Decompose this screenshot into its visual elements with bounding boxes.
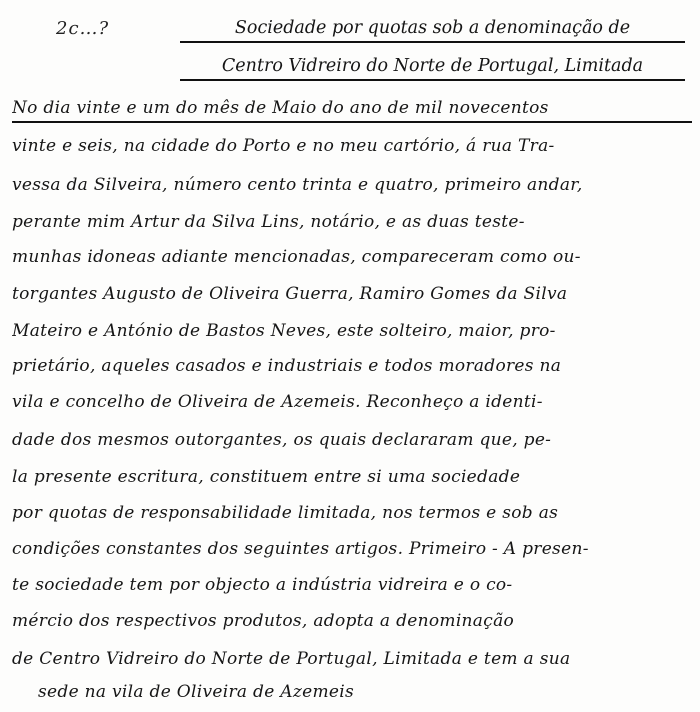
body-line-11: la presente escritura, constituem entre … (12, 467, 692, 487)
underlined-date-fragment: vinte e seis, (12, 136, 118, 156)
body-line-17: sede na vila de Oliveira de Azemeis (38, 682, 700, 702)
reference-mark: 2c…? (56, 18, 109, 39)
body-line-4: perante mim Artur da Silva Lins, notário… (12, 212, 692, 232)
body-line-9: vila e concelho de Oliveira de Azemeis. … (12, 392, 692, 412)
body-line-5: munhas idoneas adiante mencionadas, comp… (12, 247, 692, 267)
body-line-7: Mateiro e António de Bastos Neves, este … (12, 321, 692, 341)
body-line-3: vessa da Silveira, número cento trinta e… (12, 175, 692, 195)
body-line-10: dade dos mesmos outorgantes, os quais de… (12, 430, 692, 450)
body-line-8: prietário, aqueles casados e industriais… (12, 356, 692, 376)
body-line-12: por quotas de responsabilidade limitada,… (12, 503, 692, 523)
document-title-line-1: Sociedade por quotas sob a denominação d… (180, 18, 685, 38)
body-line-2: vinte e seis, na cidade do Porto e no me… (12, 136, 692, 156)
document-title-line-2: Centro Vidreiro do Norte de Portugal, Li… (180, 56, 685, 76)
body-line-2-rest: na cidade do Porto e no meu cartório, á … (118, 136, 555, 156)
body-line-16: de Centro Vidreiro do Norte de Portugal,… (12, 649, 692, 669)
body-line-13: condições constantes dos seguintes artig… (12, 539, 692, 559)
handwritten-document-page: 2c…? Sociedade por quotas sob a denomina… (0, 0, 700, 712)
body-line-6: torgantes Augusto de Oliveira Guerra, Ra… (12, 284, 692, 304)
body-line-15: mércio dos respectivos produtos, adopta … (12, 611, 692, 631)
body-line-14: te sociedade tem por objecto a indústria… (12, 575, 692, 595)
body-line-1: No dia vinte e um do mês de Maio do ano … (12, 98, 692, 123)
